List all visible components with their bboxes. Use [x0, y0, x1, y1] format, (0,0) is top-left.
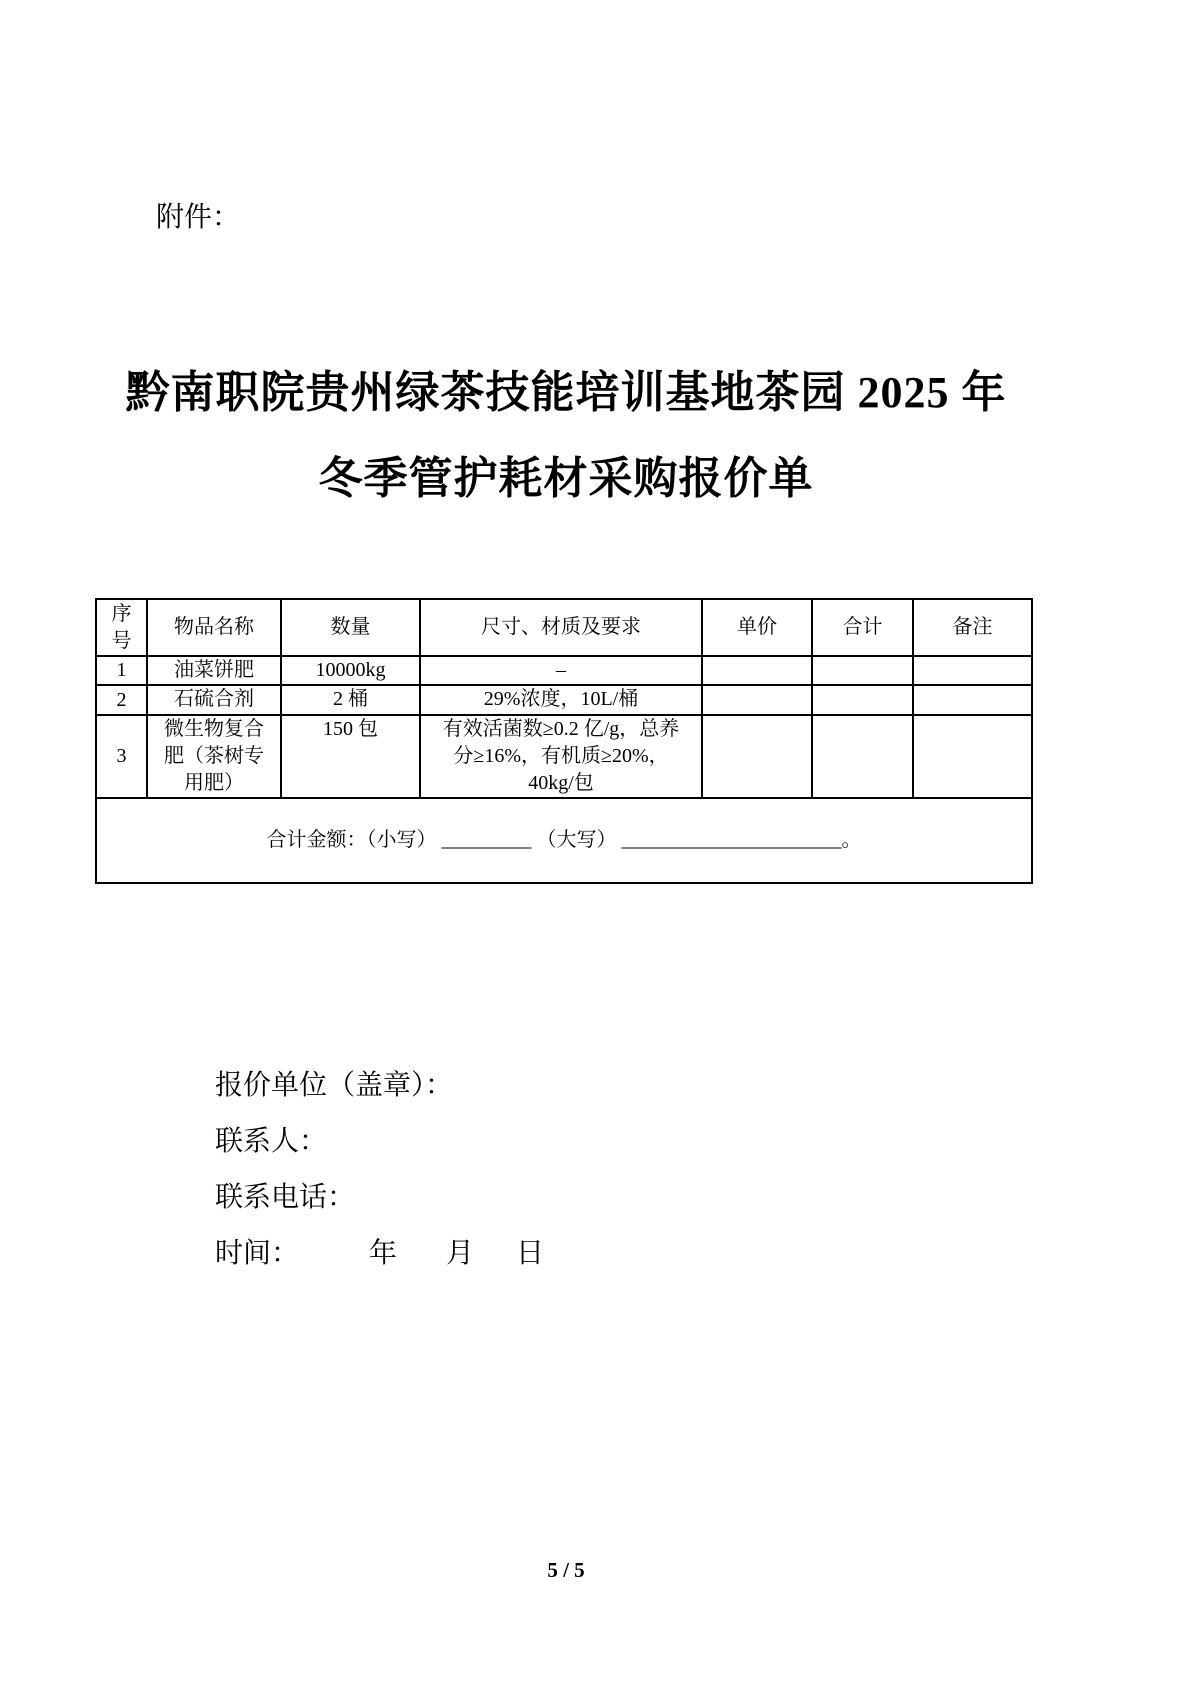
total-amount-line: 合计金额：（小写） _________ （大写） _______________…: [96, 798, 1032, 883]
cell-item-name: 石硫合剂: [147, 685, 281, 715]
title-line-1: 黔南职院贵州绿茶技能培训基地茶园 2025 年: [95, 350, 1037, 436]
cell-quantity: 2 桶: [281, 685, 420, 715]
quote-unit-seal-line: 报价单位（盖章）：: [215, 1058, 544, 1114]
date-line: 时间： 年 月 日: [215, 1226, 544, 1282]
document-title: 黔南职院贵州绿茶技能培训基地茶园 2025 年 冬季管护耗材采购报价单: [95, 350, 1037, 522]
cell-quantity: 150 包: [281, 715, 420, 798]
cell-subtotal: [812, 685, 913, 715]
quotation-table: 序 号 物品名称 数量 尺寸、材质及要求 单价 合计 备注 1 油菜饼肥 100…: [95, 598, 1033, 884]
header-subtotal: 合计: [812, 599, 913, 656]
table-header-row: 序 号 物品名称 数量 尺寸、材质及要求 单价 合计 备注: [96, 599, 1032, 656]
cell-unit-price: [702, 656, 812, 685]
table-row-2: 2 石硫合剂 2 桶 29%浓度，10L/桶: [96, 685, 1032, 715]
cell-quantity: 10000kg: [281, 656, 420, 685]
page-number: 5 / 5: [95, 1558, 1037, 1583]
cell-seq: 3: [96, 715, 147, 798]
header-unit-price: 单价: [702, 599, 812, 656]
header-spec: 尺寸、材质及要求: [420, 599, 702, 656]
attachment-label: 附件：: [156, 200, 240, 236]
header-remark: 备注: [913, 599, 1032, 656]
table-total-row: 合计金额：（小写） _________ （大写） _______________…: [96, 798, 1032, 883]
cell-spec: 有效活菌数≥0.2 亿/g，总养 分≥16%，有机质≥20%， 40kg/包: [420, 715, 702, 798]
cell-unit-price: [702, 715, 812, 798]
cell-item-name: 微生物复合 肥（茶树专 用肥）: [147, 715, 281, 798]
cell-spec: –: [420, 656, 702, 685]
header-item-name: 物品名称: [147, 599, 281, 656]
cell-seq: 2: [96, 685, 147, 715]
contact-person-line: 联系人：: [215, 1114, 544, 1170]
cell-unit-price: [702, 685, 812, 715]
document-page: 附件： 黔南职院贵州绿茶技能培训基地茶园 2025 年 冬季管护耗材采购报价单 …: [0, 0, 1191, 1684]
contact-phone-line: 联系电话：: [215, 1170, 544, 1226]
title-line-2: 冬季管护耗材采购报价单: [95, 436, 1037, 522]
header-quantity: 数量: [281, 599, 420, 656]
cell-subtotal: [812, 715, 913, 798]
signature-block: 报价单位（盖章）： 联系人： 联系电话： 时间： 年 月 日: [215, 1058, 544, 1282]
table-row-3: 3 微生物复合 肥（茶树专 用肥） 150 包 有效活菌数≥0.2 亿/g，总养…: [96, 715, 1032, 798]
header-seq: 序 号: [96, 599, 147, 656]
cell-subtotal: [812, 656, 913, 685]
cell-remark: [913, 685, 1032, 715]
cell-seq: 1: [96, 656, 147, 685]
table-row-1: 1 油菜饼肥 10000kg –: [96, 656, 1032, 685]
cell-remark: [913, 656, 1032, 685]
cell-item-name: 油菜饼肥: [147, 656, 281, 685]
cell-spec: 29%浓度，10L/桶: [420, 685, 702, 715]
cell-remark: [913, 715, 1032, 798]
